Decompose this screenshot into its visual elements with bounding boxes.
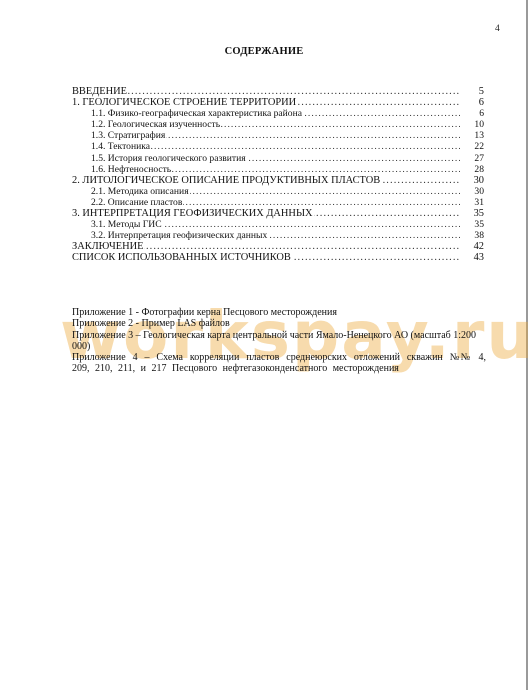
- toc-entry-text: ЗАКЛЮЧЕНИЕ: [72, 241, 144, 252]
- toc-entry-page: 13: [462, 130, 484, 141]
- toc-entry[interactable]: 1.2. Геологическая изученность10: [72, 119, 484, 130]
- toc-entry-text: 3.1. Методы ГИС: [91, 219, 163, 230]
- toc-entry-text: 1.3. Стратиграфия: [91, 130, 166, 141]
- toc-entry-title: 1.4. Тектоника: [91, 141, 460, 152]
- toc-entry-page: 35: [462, 208, 484, 219]
- toc-entry-text: ВВЕДЕНИЕ: [72, 86, 128, 97]
- appendix-item: Приложение 1 - Фотографии керна Песцовог…: [72, 307, 486, 318]
- toc-entry[interactable]: 2.2. Описание пластов31: [72, 197, 484, 208]
- toc-entry[interactable]: 3.2. Интерпретация геофизических данных3…: [72, 230, 484, 241]
- toc-entry-title: 3.1. Методы ГИС: [91, 219, 460, 230]
- toc-entry[interactable]: 1.1. Физико-географическая характеристик…: [72, 108, 484, 119]
- toc-entry-title: 1.5. История геологического развития: [91, 153, 460, 164]
- toc-entry[interactable]: 1. ГЕОЛОГИЧЕСКОЕ СТРОЕНИЕ ТЕРРИТОРИИ6: [72, 97, 484, 108]
- toc-entry-title: 2. ЛИТОЛОГИЧЕСКОЕ ОПИСАНИЕ ПРОДУКТИВНЫХ …: [72, 175, 460, 186]
- toc-entry[interactable]: ВВЕДЕНИЕ5: [72, 86, 484, 97]
- toc-entry-title: 2.2. Описание пластов: [91, 197, 460, 208]
- toc-entry-page: 6: [462, 108, 484, 119]
- page-title: СОДЕРЖАНИЕ: [0, 46, 528, 57]
- toc-entry-text: 1.2. Геологическая изученность: [91, 119, 221, 130]
- toc-entry-title: СПИСОК ИСПОЛЬЗОВАННЫХ ИСТОЧНИКОВ: [72, 252, 460, 263]
- toc-entry-text: 1.4. Тектоника: [91, 141, 151, 152]
- toc-entry[interactable]: 1.4. Тектоника22: [72, 141, 484, 152]
- toc-entry-page: 38: [462, 230, 484, 241]
- toc-entry-page: 43: [462, 252, 484, 263]
- toc-entry-text: 2.1. Методика описания: [91, 186, 190, 197]
- toc-entry[interactable]: 3. ИНТЕРПРЕТАЦИЯ ГЕОФИЗИЧЕСКИХ ДАННЫХ35: [72, 208, 484, 219]
- appendix-list: Приложение 1 - Фотографии керна Песцовог…: [72, 307, 486, 375]
- toc-entry-title: 3.2. Интерпретация геофизических данных: [91, 230, 460, 241]
- toc-entry[interactable]: 2. ЛИТОЛОГИЧЕСКОЕ ОПИСАНИЕ ПРОДУКТИВНЫХ …: [72, 175, 484, 186]
- toc-entry-title: 1. ГЕОЛОГИЧЕСКОЕ СТРОЕНИЕ ТЕРРИТОРИИ: [72, 97, 460, 108]
- toc-entry[interactable]: 1.5. История геологического развития27: [72, 153, 484, 164]
- toc-entry-page: 6: [462, 97, 484, 108]
- page-number: 4: [495, 24, 500, 34]
- toc-entry[interactable]: ЗАКЛЮЧЕНИЕ42: [72, 241, 484, 252]
- toc-entry-title: 1.2. Геологическая изученность: [91, 119, 460, 130]
- toc-entry-text: 3.2. Интерпретация геофизических данных: [91, 230, 268, 241]
- toc-entry-text: СПИСОК ИСПОЛЬЗОВАННЫХ ИСТОЧНИКОВ: [72, 252, 292, 263]
- toc-entry-text: 2.2. Описание пластов: [91, 197, 183, 208]
- toc-entry-page: 28: [462, 164, 484, 175]
- toc-entry-page: 22: [462, 141, 484, 152]
- toc-entry-title: ВВЕДЕНИЕ: [72, 86, 460, 97]
- toc-entry-page: 5: [462, 86, 484, 97]
- toc-entry-page: 27: [462, 153, 484, 164]
- toc-entry[interactable]: 3.1. Методы ГИС35: [72, 219, 484, 230]
- toc-entry-page: 42: [462, 241, 484, 252]
- appendix-item: Приложение 4 – Схема корреляции пластов …: [72, 352, 486, 375]
- toc-entry-text: 3. ИНТЕРПРЕТАЦИЯ ГЕОФИЗИЧЕСКИХ ДАННЫХ: [72, 208, 314, 219]
- appendix-item: Приложение 2 - Пример LAS файлов: [72, 318, 486, 329]
- toc-entry[interactable]: СПИСОК ИСПОЛЬЗОВАННЫХ ИСТОЧНИКОВ43: [72, 252, 484, 263]
- toc-entry-title: 1.6. Нефтеносность: [91, 164, 460, 175]
- toc-entry-title: 3. ИНТЕРПРЕТАЦИЯ ГЕОФИЗИЧЕСКИХ ДАННЫХ: [72, 208, 460, 219]
- toc-entry-title: 2.1. Методика описания: [91, 186, 460, 197]
- toc-entry-page: 30: [462, 175, 484, 186]
- toc-entry[interactable]: 1.3. Стратиграфия13: [72, 130, 484, 141]
- toc-entry[interactable]: 1.6. Нефтеносность 28: [72, 164, 484, 175]
- toc-entry-text: 1. ГЕОЛОГИЧЕСКОЕ СТРОЕНИЕ ТЕРРИТОРИИ: [72, 97, 297, 108]
- toc-entry-title: 1.1. Физико-географическая характеристик…: [91, 108, 460, 119]
- toc-entry-text: 1.6. Нефтеносность: [91, 164, 172, 175]
- toc-entry-title: 1.3. Стратиграфия: [91, 130, 460, 141]
- toc-entry-page: 35: [462, 219, 484, 230]
- toc-entry-page: 31: [462, 197, 484, 208]
- table-of-contents: ВВЕДЕНИЕ51. ГЕОЛОГИЧЕСКОЕ СТРОЕНИЕ ТЕРРИ…: [72, 86, 484, 264]
- appendix-item: Приложение 3 – Геологическая карта центр…: [72, 330, 486, 353]
- toc-entry-text: 1.5. История геологического развития: [91, 153, 247, 164]
- toc-entry-page: 10: [462, 119, 484, 130]
- toc-entry-page: 30: [462, 186, 484, 197]
- toc-entry-title: ЗАКЛЮЧЕНИЕ: [72, 241, 460, 252]
- toc-entry[interactable]: 2.1. Методика описания30: [72, 186, 484, 197]
- toc-entry-text: 1.1. Физико-географическая характеристик…: [91, 108, 303, 119]
- toc-entry-text: 2. ЛИТОЛОГИЧЕСКОЕ ОПИСАНИЕ ПРОДУКТИВНЫХ …: [72, 175, 381, 186]
